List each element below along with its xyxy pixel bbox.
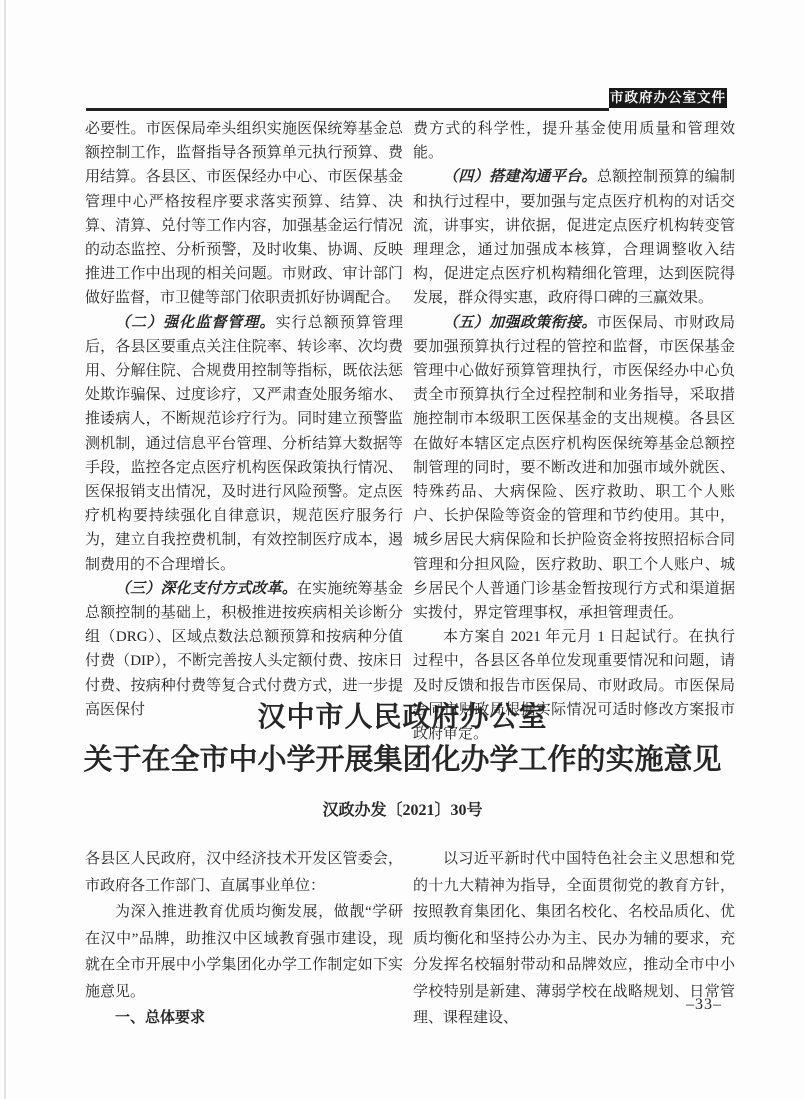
paragraph: （四）搭建沟通平台。总额控制预算的编制和执行过程中，要加强与定点医疗机构的对话交… — [413, 165, 735, 310]
paragraph-text: 在实施统筹基金总额控制的基础上，积极推进按疾病相关诊断分组（DRG）、区域点数法… — [85, 581, 403, 718]
paragraph-text: 为深入推进教育优质均衡发展，做靓“学研在汉中”品牌，助推汉中区域教育强市建设，现… — [85, 904, 403, 1000]
education-doc-title-block: 汉中市人民政府办公室 关于在全市中小学开展集团化办学工作的实施意见 汉政办发〔2… — [45, 701, 760, 820]
paragraph: 各县区人民政府，汉中经济技术开发区管委会，市政府各工作部门、直属事业单位： — [85, 846, 403, 899]
paragraph: 必要性。市医保局牵头组织实施医保统筹基金总额控制工作，监督指导各预算单元执行预算… — [85, 117, 403, 311]
doc-number: 汉政办发〔2021〕30号 — [45, 797, 760, 820]
paragraph-lead: （五）加强政策衔接。 — [443, 315, 597, 331]
paragraph: （五）加强政策衔接。市医保局、市财政局要加强预算执行过程的管控和监督，市医保基金… — [413, 311, 735, 626]
paragraph-lead: （二）强化监督管理。 — [115, 315, 276, 331]
medical-doc-right-column: 费方式的科学性，提升基金使用质量和管理效能。 （四）搭建沟通平台。总额控制预算的… — [413, 117, 735, 746]
paragraph-text: 实行总额预算管理后，各县区要重点关注住院率、转诊率、次均费用、分解住院、合规费用… — [85, 315, 403, 573]
paragraph: 费方式的科学性，提升基金使用质量和管理效能。 — [413, 117, 735, 165]
header-rule — [86, 108, 609, 111]
paragraph-text: 费方式的科学性，提升基金使用质量和管理效能。 — [413, 121, 735, 161]
education-doc-left-column: 各县区人民政府，汉中经济技术开发区管委会，市政府各工作部门、直属事业单位： 为深… — [85, 846, 403, 1032]
paragraph-text: 总额控制预算的编制和执行过程中，要加强与定点医疗机构的对话交流，讲事实，讲依据，… — [413, 169, 735, 306]
section-heading: 一、总体要求 — [85, 1005, 403, 1032]
paragraph-text: 各县区人民政府，汉中经济技术开发区管委会，市政府各工作部门、直属事业单位： — [85, 851, 403, 894]
doc-title-line2: 关于在全市中小学开展集团化办学工作的实施意见 — [45, 740, 760, 780]
scanned-document-page: 市政府办公室文件 必要性。市医保局牵头组织实施医保统筹基金总额控制工作，监督指导… — [0, 0, 805, 1099]
paragraph-lead: （四）搭建沟通平台。 — [443, 169, 597, 185]
paragraph-lead: （三）深化支付方式改革。 — [115, 581, 297, 597]
paragraph-text: 必要性。市医保局牵头组织实施医保统筹基金总额控制工作，监督指导各预算单元执行预算… — [85, 121, 403, 306]
scan-edge-artifact — [4, 0, 6, 1099]
document-category-banner: 市政府办公室文件 — [609, 88, 727, 108]
medical-doc-left-column: 必要性。市医保局牵头组织实施医保统筹基金总额控制工作，监督指导各预算单元执行预算… — [85, 117, 403, 722]
paragraph-text: 市医保局、市财政局要加强预算执行过程的管控和监督，市医保基金管理中心做好预算管理… — [413, 315, 735, 621]
page-number: –33– — [686, 996, 722, 1014]
banner-label: 市政府办公室文件 — [610, 90, 726, 105]
doc-title-line1: 汉中市人民政府办公室 — [45, 701, 760, 735]
section-heading-text: 一、总体要求 — [115, 1009, 205, 1026]
paragraph: （二）强化监督管理。实行总额预算管理后，各县区要重点关注住院率、转诊率、次均费用… — [85, 311, 403, 577]
paragraph: 为深入推进教育优质均衡发展，做靓“学研在汉中”品牌，助推汉中区域教育强市建设，现… — [85, 899, 403, 1005]
